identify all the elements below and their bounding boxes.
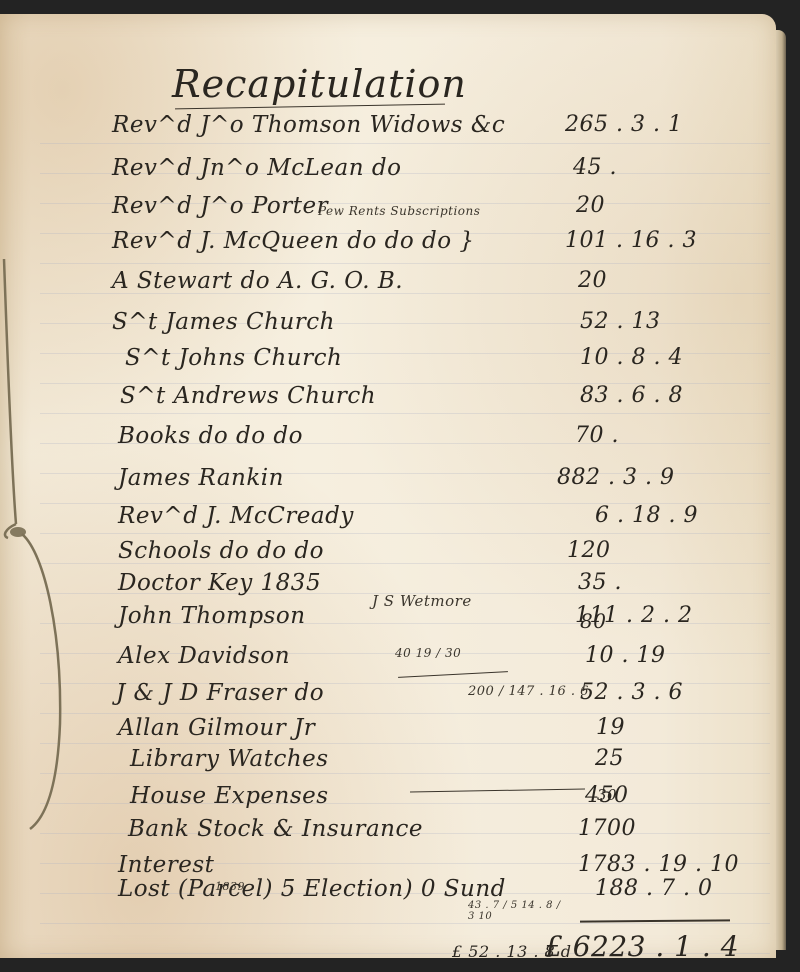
annotation-sundries-calc: 43 . 7 / 5 14 . 8 / 3 10 (468, 900, 568, 922)
entry-label: Lost (Parcel) 5 Election) 0 Sund (118, 876, 506, 902)
entry-label: J & J D Fraser do (116, 680, 324, 706)
entry-amount: 6 . 18 . 9 (595, 503, 698, 528)
entry-label: Rev^d J^o Porter (112, 193, 328, 219)
annotation-thompson-extra: 80 (580, 609, 606, 633)
entry-amount: 1700 (578, 816, 636, 841)
entry-amount: 70 . (575, 423, 619, 448)
entry-amount: 20 (576, 193, 605, 218)
entry-amount: 1783 . 19 . 10 (578, 852, 739, 877)
grand-total: £ 6223 . 1 . 4 (545, 930, 739, 963)
entry-label: James Rankin (118, 465, 284, 491)
entry-amount: 52 . 3 . 6 (580, 680, 683, 705)
entry-label: Books do do do (118, 423, 303, 449)
page-title: Recapitulation (172, 62, 467, 106)
entry-amount: 52 . 13 (580, 309, 660, 334)
entry-label: S^t James Church (112, 309, 335, 335)
entry-amount: 20 (578, 268, 607, 293)
annotation-davidson: 40 19 / 30 (395, 646, 461, 660)
entry-label: Bank Stock & Insurance (128, 816, 423, 842)
annotation-library-extra: 30 (597, 786, 617, 804)
entry-label: S^t Johns Church (125, 345, 342, 371)
entry-label: Library Watches (130, 746, 329, 772)
entry-label: Rev^d J. McQueen do do do } (112, 228, 475, 254)
entry-label: Rev^d J. McCready (118, 503, 354, 529)
entry-label: John Thompson (118, 603, 306, 629)
entry-amount: 10 . 8 . 4 (580, 345, 683, 370)
entry-label: Rev^d J^o Thomson Widows &c (112, 112, 505, 138)
annotation-fraser: 200 / 147 . 16 . 6 (468, 684, 589, 699)
entry-label: S^t Andrews Church (120, 383, 376, 409)
entry-amount: 83 . 6 . 8 (580, 383, 683, 408)
entry-label: Allan Gilmour Jr (118, 715, 315, 741)
entry-amount: 882 . 3 . 9 (557, 465, 674, 490)
entry-amount: 45 . (573, 155, 617, 180)
entry-label: Doctor Key 1835 (118, 570, 321, 596)
entry-amount: 19 (596, 715, 625, 740)
entry-label: Rev^d Jn^o McLean do (112, 155, 401, 181)
annotation-year: 1839 (215, 880, 245, 893)
entry-label: A Stewart do A. G. O. B. (112, 268, 403, 294)
entry-amount: 25 (595, 746, 624, 771)
annotation-wetmore: J S Wetmore (372, 592, 472, 610)
page-edge (776, 30, 786, 950)
entry-label: Interest (118, 852, 214, 878)
entry-label: House Expenses (130, 783, 329, 809)
annotation-pew-rents: Pew Rents Subscriptions (318, 204, 480, 218)
entry-amount: 265 . 3 . 1 (565, 112, 682, 137)
entry-amount: 188 . 7 . 0 (595, 876, 712, 901)
entry-amount: 101 . 16 . 3 (565, 228, 697, 253)
entry-label: Alex Davidson (118, 643, 290, 669)
ledger-page: Recapitulation Rev^d J^o Thomson Widows … (0, 14, 776, 958)
entry-label: Schools do do do (118, 538, 324, 564)
entry-amount: 10 . 19 (585, 643, 665, 668)
entry-amount: 120 (567, 538, 611, 563)
entry-amount: 35 . (578, 570, 622, 595)
binding-string (0, 254, 80, 834)
